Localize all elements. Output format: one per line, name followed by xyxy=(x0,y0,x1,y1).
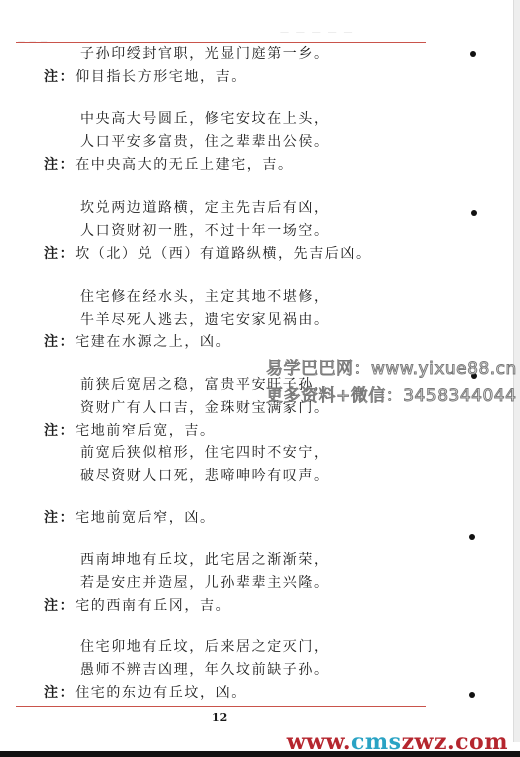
note-line: 注：仰目指长方形宅地，吉。 xyxy=(44,68,247,86)
verse-line: 愚师不辨吉凶理，年久坟前缺子孙。 xyxy=(80,661,330,679)
bottom-rule-divider xyxy=(16,706,426,707)
note-text: 在中央高大的无丘上建宅，吉。 xyxy=(75,157,293,173)
note-label: 注： xyxy=(44,334,75,350)
verse-line: 前宽后狭似棺形，住宅四时不安宁， xyxy=(80,444,330,462)
running-header-left: — — — xyxy=(18,37,48,45)
page-number: 12 xyxy=(212,711,227,724)
note-label: 注： xyxy=(44,423,75,439)
verse-line: 子孙印绶封官职，光显门庭第一乡。 xyxy=(80,45,330,63)
verse-line: 中央高大号圆丘，修宅安坟在上头， xyxy=(80,110,330,128)
verse-line: 破尽资财人口死，悲啼呻吟有叹声。 xyxy=(80,467,330,485)
note-label: 注： xyxy=(44,69,75,85)
verse-line: 坎兑两边道路横，定主先吉后有凶， xyxy=(80,199,330,217)
bottom-bar xyxy=(0,751,520,757)
note-text: 宅地前宽后窄，凶。 xyxy=(75,510,215,526)
binding-hole-icon xyxy=(469,534,475,540)
verse-line: 若是安庄并造屋，儿孙辈辈主兴隆。 xyxy=(80,574,330,592)
binding-hole-icon xyxy=(470,51,476,57)
note-text: 住宅的东边有丘坟，凶。 xyxy=(75,685,247,701)
note-line: 注：宅建在水源之上，凶。 xyxy=(44,333,231,351)
running-header: — — — — — xyxy=(280,28,354,38)
binding-hole-icon xyxy=(469,692,475,698)
note-label: 注： xyxy=(44,510,75,526)
note-label: 注： xyxy=(44,685,75,701)
verse-line: 人口平安多富贵，住之辈辈出公侯。 xyxy=(80,133,330,151)
watermark-site: 易学巴巴网：www.yixue88.cn xyxy=(266,354,517,379)
note-text: 坎（北）兑（西）有道路纵横，先吉后凶。 xyxy=(75,246,371,262)
watermark-contact: 更多资料+微信：3458344044 xyxy=(266,381,516,406)
note-line: 注：在中央高大的无丘上建宅，吉。 xyxy=(44,156,294,174)
note-text: 仰目指长方形宅地，吉。 xyxy=(75,69,247,85)
note-label: 注： xyxy=(44,246,75,262)
note-line: 注：宅地前窄后宽，吉。 xyxy=(44,422,216,440)
note-text: 宅建在水源之上，凶。 xyxy=(75,334,231,350)
verse-line: 人口资财初一胜，不过十年一场空。 xyxy=(80,222,330,240)
verse-line: 住宅修在经水头，主定其地不堪修， xyxy=(80,288,330,306)
verse-line: 西南坤地有丘坟，此宅居之渐渐荣， xyxy=(80,551,330,569)
note-text: 宅的西南有丘冈，吉。 xyxy=(75,598,231,614)
note-line: 注：住宅的东边有丘坟，凶。 xyxy=(44,684,247,702)
note-label: 注： xyxy=(44,157,75,173)
note-line: 注：宅地前宽后窄，凶。 xyxy=(44,509,216,527)
note-text: 宅地前窄后宽，吉。 xyxy=(75,423,215,439)
verse-line: 牛羊尽死人逃去，遗宅安家见祸由。 xyxy=(80,311,330,329)
binding-hole-icon xyxy=(471,210,477,216)
note-line: 注：坎（北）兑（西）有道路纵横，先吉后凶。 xyxy=(44,245,372,263)
note-label: 注： xyxy=(44,598,75,614)
verse-line: 住宅卯地有丘坟，后来居之定灭门， xyxy=(80,638,330,656)
note-line: 注：宅的西南有丘冈，吉。 xyxy=(44,597,231,615)
top-rule-divider xyxy=(16,42,426,43)
